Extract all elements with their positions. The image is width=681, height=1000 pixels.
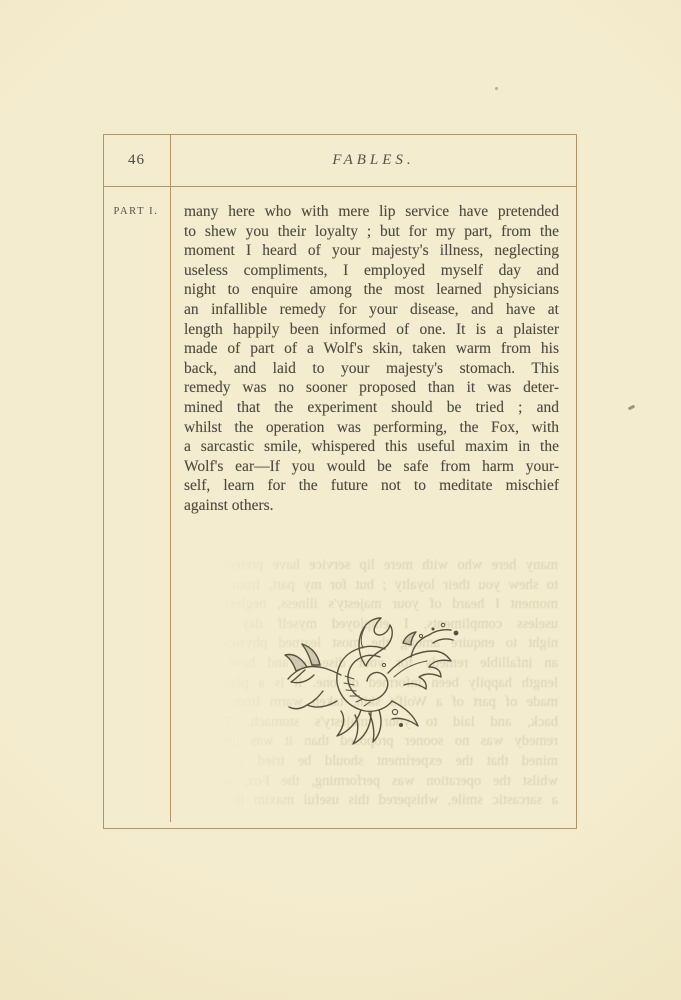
running-title: FABLES.	[170, 134, 577, 186]
body-text-line: self, learn for the future not to medita…	[184, 476, 559, 496]
page-number: 46	[103, 134, 170, 186]
body-text-line: remedy was no sooner proposed than it wa…	[184, 378, 559, 398]
body-text-line: many here who with mere lip service have…	[184, 202, 559, 222]
body-text-line: a sarcastic smile, whispered this useful…	[184, 437, 559, 457]
body-text-line: whilst the operation was performing, the…	[184, 418, 559, 438]
body-text-line: against others.	[184, 496, 559, 516]
body-text-line: mined that the experiment should be trie…	[184, 398, 559, 418]
body-text-line: to shew you their loyalty ; but for my p…	[184, 222, 559, 242]
scanned-book-page: 46 FABLES. PART I. many here who with me…	[0, 0, 681, 1000]
margin-divider-rule	[170, 135, 171, 822]
paper-speck	[628, 405, 636, 411]
body-text-line: an infallible remedy for your disease, a…	[184, 300, 559, 320]
rococo-ornament-illustration	[283, 613, 473, 748]
margin-label-part: PART I.	[104, 206, 168, 217]
body-text: many here who with mere lip service have…	[184, 202, 559, 516]
body-text-line: Wolf's ear—If you would be safe from har…	[184, 457, 559, 477]
body-text-line: made of part of a Wolf's skin, taken war…	[184, 339, 559, 359]
body-text-line: length happily been informed of one. It …	[184, 320, 559, 340]
body-text-line: useless compliments, I employed myself d…	[184, 261, 559, 281]
body-text-line: moment I heard of your majesty's illness…	[184, 241, 559, 261]
paper-speck	[495, 87, 498, 90]
body-text-line: night to enquire among the most learned …	[184, 280, 559, 300]
body-text-line: back, and laid to your majesty's stomach…	[184, 359, 559, 379]
header-rule	[103, 186, 577, 187]
